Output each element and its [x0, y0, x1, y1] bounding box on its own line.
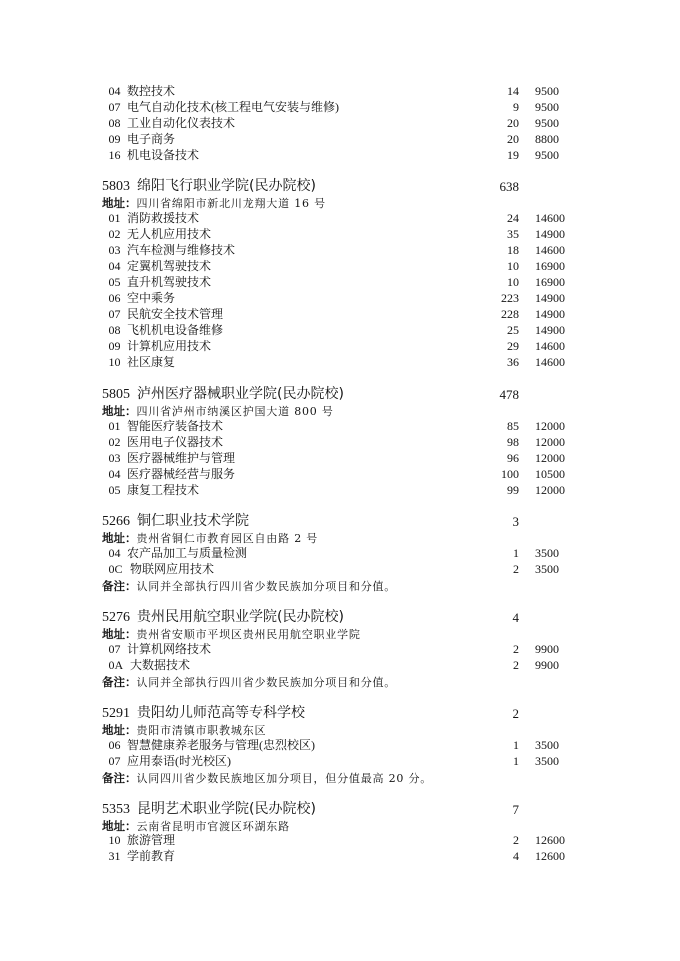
school-header: 5291 贵阳幼儿师范高等专科学校 2 [102, 706, 582, 722]
major-name: 电子商务 [127, 132, 175, 148]
major-code: 09 [109, 339, 121, 355]
major-code: 07 [109, 754, 121, 770]
spacer [102, 594, 582, 610]
major-name: 汽车检测与维修技术 [127, 243, 235, 259]
major-name: 农产品加工与质量检测 [127, 546, 247, 562]
major-count: 100 [469, 467, 519, 483]
note-text: 认同四川省少数民族地区加分项目，但分值最高 20 分。 [137, 772, 433, 785]
major-code: 0C [109, 562, 123, 578]
school-total: 3 [459, 514, 519, 530]
note-line: 备注：认同四川省少数民族地区加分项目，但分值最高 20 分。 [102, 770, 582, 786]
major-fee: 10500 [535, 467, 565, 483]
major-name: 智能医疗装备技术 [127, 419, 223, 435]
major-count: 10 [469, 259, 519, 275]
major-count: 2 [469, 833, 519, 849]
school-code: 5803 [102, 179, 130, 195]
note-label: 备注： [102, 675, 137, 689]
major-code: 10 [109, 833, 121, 849]
school-section: 5276 贵州民用航空职业学院(民办院校) 4 地址：贵州省安顺市平坝区贵州民用… [102, 610, 582, 690]
major-code: 07 [109, 307, 121, 323]
address-text: 四川省绵阳市新北川龙翔大道 16 号 [137, 197, 326, 210]
major-count: 24 [469, 211, 519, 227]
major-name: 飞机机电设备维修 [127, 323, 223, 339]
major-fee: 9500 [535, 84, 559, 100]
address-line: 地址：云南省昆明市官渡区环湖东路 [102, 818, 582, 834]
major-count: 10 [469, 275, 519, 291]
school-section: 5803 绵阳飞行职业学院(民办院校) 638 地址：四川省绵阳市新北川龙翔大道… [102, 179, 582, 370]
school-total: 478 [459, 387, 519, 403]
major-fee: 9500 [535, 116, 559, 132]
address-label: 地址： [102, 404, 137, 418]
major-fee: 14900 [535, 307, 565, 323]
address-line: 地址：四川省绵阳市新北川龙翔大道 16 号 [102, 195, 582, 211]
major-count: 20 [469, 132, 519, 148]
major-code: 10 [109, 355, 121, 371]
major-row: 03 医疗器械维护与管理 96 12000 [102, 451, 582, 467]
address-label: 地址： [102, 723, 137, 737]
major-count: 2 [469, 562, 519, 578]
major-row: 09 电子商务 20 8800 [102, 132, 582, 148]
major-count: 20 [469, 116, 519, 132]
major-count: 2 [469, 658, 519, 674]
address-line: 地址：贵州省铜仁市教育园区自由路 2 号 [102, 530, 582, 546]
major-code: 08 [109, 116, 121, 132]
major-fee: 14900 [535, 227, 565, 243]
major-row: 04 定翼机驾驶技术 10 16900 [102, 259, 582, 275]
major-fee: 12000 [535, 435, 565, 451]
major-name: 医用电子仪器技术 [127, 435, 223, 451]
major-fee: 14900 [535, 291, 565, 307]
school-header: 5353 昆明艺术职业学院(民办院校) 7 [102, 802, 582, 818]
school-section: 5266 铜仁职业技术学院 3 地址：贵州省铜仁市教育园区自由路 2 号 04 … [102, 514, 582, 594]
major-fee: 8800 [535, 132, 559, 148]
address-text: 贵州省铜仁市教育园区自由路 2 号 [137, 532, 319, 545]
major-name: 物联网应用技术 [130, 562, 214, 578]
note-label: 备注： [102, 771, 137, 785]
major-row: 10 旅游管理 2 12600 [102, 833, 582, 849]
major-name: 医疗器械维护与管理 [127, 451, 235, 467]
school-header: 5805 泸州医疗器械职业学院(民办院校) 478 [102, 387, 582, 403]
major-row: 06 空中乘务 223 14900 [102, 291, 582, 307]
spacer [102, 690, 582, 706]
major-name: 社区康复 [127, 355, 175, 371]
major-row: 10 社区康复 36 14600 [102, 355, 582, 371]
school-header: 5276 贵州民用航空职业学院(民办院校) 4 [102, 610, 582, 626]
major-row: 05 直升机驾驶技术 10 16900 [102, 275, 582, 291]
school-total: 2 [459, 706, 519, 722]
major-fee: 14600 [535, 211, 565, 227]
major-code: 04 [109, 259, 121, 275]
major-name: 数控技术 [127, 84, 175, 100]
school-name: 绵阳飞行职业学院(民办院校) [137, 179, 316, 195]
major-code: 07 [109, 642, 121, 658]
major-name: 应用泰语(时光校区) [127, 754, 231, 770]
school-section: 5353 昆明艺术职业学院(民办院校) 7 地址：云南省昆明市官渡区环湖东路 1… [102, 802, 582, 866]
major-fee: 12000 [535, 483, 565, 499]
major-code: 03 [109, 451, 121, 467]
major-code: 05 [109, 275, 121, 291]
note-line: 备注：认同并全部执行四川省少数民族加分项目和分值。 [102, 674, 582, 690]
major-count: 1 [469, 754, 519, 770]
major-count: 228 [469, 307, 519, 323]
major-fee: 9900 [535, 658, 559, 674]
major-code: 08 [109, 323, 121, 339]
major-count: 99 [469, 483, 519, 499]
major-fee: 12600 [535, 833, 565, 849]
major-count: 1 [469, 738, 519, 754]
major-name: 消防救援技术 [127, 211, 199, 227]
major-name: 机电设备技术 [127, 148, 199, 164]
major-name: 直升机驾驶技术 [127, 275, 211, 291]
major-fee: 3500 [535, 738, 559, 754]
major-count: 25 [469, 323, 519, 339]
major-fee: 16900 [535, 259, 565, 275]
major-name: 电气自动化技术(核工程电气安装与维修) [127, 100, 339, 116]
major-fee: 12000 [535, 419, 565, 435]
major-code: 01 [109, 211, 121, 227]
major-code: 05 [109, 483, 121, 499]
major-code: 03 [109, 243, 121, 259]
address-label: 地址： [102, 627, 137, 641]
major-row: 02 无人机应用技术 35 14900 [102, 227, 582, 243]
major-row: 0C 物联网应用技术 2 3500 [102, 562, 582, 578]
major-name: 定翼机驾驶技术 [127, 259, 211, 275]
address-label: 地址： [102, 196, 137, 210]
major-row: 01 消防救援技术 24 14600 [102, 211, 582, 227]
major-fee: 14900 [535, 323, 565, 339]
major-fee: 12600 [535, 849, 565, 865]
school-code: 5276 [102, 610, 130, 626]
major-row: 02 医用电子仪器技术 98 12000 [102, 435, 582, 451]
address-text: 贵州省安顺市平坝区贵州民用航空职业学院 [137, 628, 361, 641]
major-row: 31 学前教育 4 12600 [102, 849, 582, 865]
school-header: 5803 绵阳飞行职业学院(民办院校) 638 [102, 179, 582, 195]
major-count: 19 [469, 148, 519, 164]
major-fee: 14600 [535, 339, 565, 355]
major-row: 08 工业自动化仪表技术 20 9500 [102, 116, 582, 132]
major-fee: 3500 [535, 546, 559, 562]
major-code: 04 [109, 546, 121, 562]
major-fee: 9500 [535, 148, 559, 164]
major-code: 04 [109, 467, 121, 483]
spacer [102, 786, 582, 802]
major-fee: 3500 [535, 754, 559, 770]
major-count: 35 [469, 227, 519, 243]
major-row: 07 应用泰语(时光校区) 1 3500 [102, 754, 582, 770]
major-fee: 9500 [535, 100, 559, 116]
school-total: 638 [459, 179, 519, 195]
major-row: 04 数控技术 14 9500 [102, 84, 582, 100]
address-line: 地址：贵州省安顺市平坝区贵州民用航空职业学院 [102, 626, 582, 642]
school-name: 泸州医疗器械职业学院(民办院校) [137, 387, 344, 403]
school-total: 7 [459, 802, 519, 818]
major-code: 02 [109, 227, 121, 243]
school-code: 5266 [102, 514, 130, 530]
school-name: 昆明艺术职业学院(民办院校) [137, 802, 316, 818]
note-line: 备注：认同并全部执行四川省少数民族加分项目和分值。 [102, 578, 582, 594]
major-row: 03 汽车检测与维修技术 18 14600 [102, 243, 582, 259]
major-code: 09 [109, 132, 121, 148]
continuation-section: 04 数控技术 14 9500 07 电气自动化技术(核工程电气安装与维修) 9… [102, 84, 582, 164]
major-name: 旅游管理 [127, 833, 175, 849]
major-code: 01 [109, 419, 121, 435]
major-fee: 14600 [535, 243, 565, 259]
major-row: 07 民航安全技术管理 228 14900 [102, 307, 582, 323]
major-fee: 16900 [535, 275, 565, 291]
address-label: 地址： [102, 819, 137, 833]
major-count: 85 [469, 419, 519, 435]
major-row: 16 机电设备技术 19 9500 [102, 148, 582, 164]
school-name: 贵州民用航空职业学院(民办院校) [137, 610, 344, 626]
major-name: 无人机应用技术 [127, 227, 211, 243]
major-row: 0A 大数据技术 2 9900 [102, 658, 582, 674]
major-code: 16 [109, 148, 121, 164]
spacer [102, 163, 582, 179]
address-line: 地址：贵阳市清镇市职教城东区 [102, 722, 582, 738]
note-text: 认同并全部执行四川省少数民族加分项目和分值。 [137, 676, 397, 689]
major-row: 05 康复工程技术 99 12000 [102, 483, 582, 499]
school-code: 5805 [102, 387, 130, 403]
school-total: 4 [459, 610, 519, 626]
major-fee: 3500 [535, 562, 559, 578]
major-code: 06 [109, 291, 121, 307]
major-row: 04 医疗器械经营与服务 100 10500 [102, 467, 582, 483]
school-code: 5353 [102, 802, 130, 818]
major-code: 0A [109, 658, 124, 674]
note-text: 认同并全部执行四川省少数民族加分项目和分值。 [137, 580, 397, 593]
major-count: 96 [469, 451, 519, 467]
school-header: 5266 铜仁职业技术学院 3 [102, 514, 582, 530]
address-text: 贵阳市清镇市职教城东区 [137, 724, 267, 737]
major-row: 07 计算机网络技术 2 9900 [102, 642, 582, 658]
note-label: 备注： [102, 579, 137, 593]
major-name: 计算机网络技术 [127, 642, 211, 658]
major-name: 工业自动化仪表技术 [127, 116, 235, 132]
major-name: 计算机应用技术 [127, 339, 211, 355]
major-count: 14 [469, 84, 519, 100]
major-count: 9 [469, 100, 519, 116]
major-name: 康复工程技术 [127, 483, 199, 499]
major-row: 04 农产品加工与质量检测 1 3500 [102, 546, 582, 562]
major-count: 4 [469, 849, 519, 865]
major-code: 04 [109, 84, 121, 100]
address-text: 云南省昆明市官渡区环湖东路 [137, 820, 290, 833]
major-code: 02 [109, 435, 121, 451]
major-code: 06 [109, 738, 121, 754]
major-code: 31 [109, 849, 121, 865]
school-section: 5805 泸州医疗器械职业学院(民办院校) 478 地址：四川省泸州市纳溪区护国… [102, 387, 582, 499]
address-label: 地址： [102, 531, 137, 545]
major-count: 98 [469, 435, 519, 451]
major-fee: 12000 [535, 451, 565, 467]
major-row: 06 智慧健康养老服务与管理(忠烈校区) 1 3500 [102, 738, 582, 754]
major-row: 08 飞机机电设备维修 25 14900 [102, 323, 582, 339]
school-section: 5291 贵阳幼儿师范高等专科学校 2 地址：贵阳市清镇市职教城东区 06 智慧… [102, 706, 582, 786]
major-name: 大数据技术 [130, 658, 190, 674]
major-count: 29 [469, 339, 519, 355]
address-text: 四川省泸州市纳溪区护国大道 800 号 [137, 405, 334, 418]
major-count: 223 [469, 291, 519, 307]
major-row: 01 智能医疗装备技术 85 12000 [102, 419, 582, 435]
document-page: 04 数控技术 14 9500 07 电气自动化技术(核工程电气安装与维修) 9… [102, 84, 582, 866]
school-name: 铜仁职业技术学院 [137, 514, 249, 530]
major-code: 07 [109, 100, 121, 116]
major-name: 民航安全技术管理 [127, 307, 223, 323]
major-name: 学前教育 [127, 849, 175, 865]
major-count: 1 [469, 546, 519, 562]
major-name: 空中乘务 [127, 291, 175, 307]
major-count: 36 [469, 355, 519, 371]
spacer [102, 371, 582, 387]
major-name: 智慧健康养老服务与管理(忠烈校区) [127, 738, 315, 754]
major-count: 18 [469, 243, 519, 259]
school-code: 5291 [102, 706, 130, 722]
major-fee: 9900 [535, 642, 559, 658]
school-name: 贵阳幼儿师范高等专科学校 [137, 706, 305, 722]
major-fee: 14600 [535, 355, 565, 371]
address-line: 地址：四川省泸州市纳溪区护国大道 800 号 [102, 403, 582, 419]
major-count: 2 [469, 642, 519, 658]
major-name: 医疗器械经营与服务 [127, 467, 235, 483]
major-row: 07 电气自动化技术(核工程电气安装与维修) 9 9500 [102, 100, 582, 116]
major-row: 09 计算机应用技术 29 14600 [102, 339, 582, 355]
